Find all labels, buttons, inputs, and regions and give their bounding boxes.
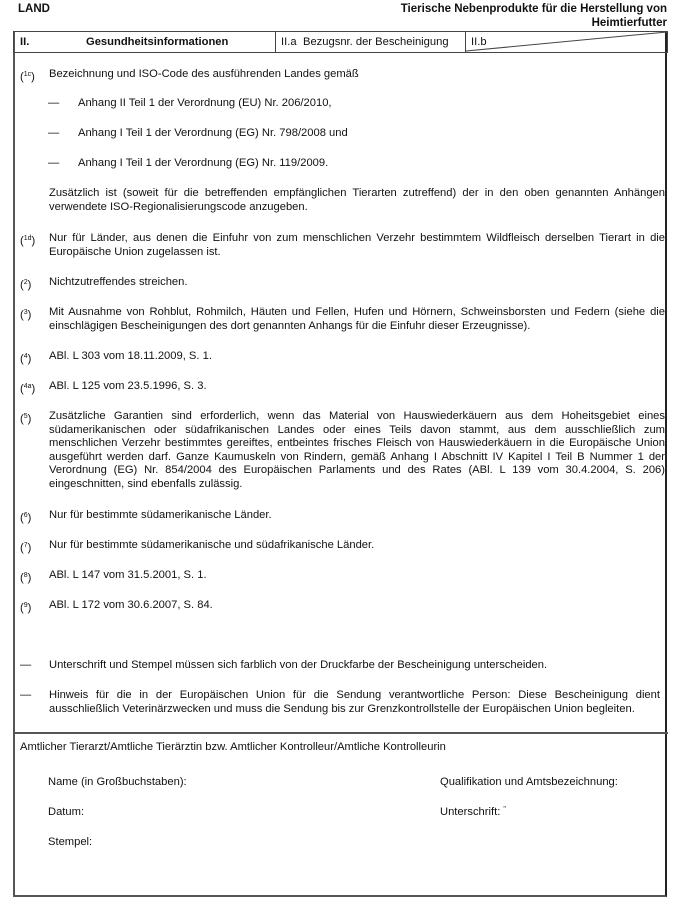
section-title-cell: II. Gesundheitsinformationen [14, 32, 276, 52]
footnote-6: (6) Nur für bestimmte südamerikanische L… [20, 509, 665, 523]
footnote-mark: 8 [24, 572, 28, 579]
section-header: II. Gesundheitsinformationen II.a Bezugs… [13, 31, 668, 53]
footnote-2: (2) Nichtzutreffendes streichen. [20, 276, 665, 290]
reference-number-label: Bezugsnr. der Bescheinigung [303, 36, 449, 48]
reference-number-code: II.a [276, 36, 303, 48]
footnote-mark: 1d [24, 235, 32, 242]
document-title-line1: Tierische Nebenprodukte für die Herstell… [337, 3, 667, 17]
footnote-mark: 1c [24, 71, 31, 78]
footnote-4: (4) ABl. L 303 vom 18.11.2009, S. 1. [20, 350, 665, 364]
signature-block-title: Amtlicher Tierarzt/Amtliche Tierärztin b… [20, 741, 446, 753]
footnote-text: Mit Ausnahme von Rohblut, Rohmilch, Häut… [49, 306, 665, 333]
footnote-1d: (1d) Nur für Länder, aus denen die Einfu… [20, 232, 665, 259]
date-field-label[interactable]: Datum: [48, 806, 84, 818]
sub-number-cell: II.b [466, 32, 667, 52]
country-label: LAND [18, 3, 50, 15]
footnote-mark: 5 [24, 413, 28, 420]
dash-bullet: — [20, 689, 31, 703]
reference-number-cell[interactable]: II.a Bezugsnr. der Bescheinigung [276, 32, 466, 52]
dash-bullet: — [48, 157, 59, 169]
section-title: Gesundheitsinformationen [86, 36, 228, 48]
footnote-9: (9) ABl. L 172 vom 30.6.2007, S. 84. [20, 599, 665, 613]
signature-field-label[interactable]: Unterschrift: " [440, 806, 506, 818]
footnote-mark: 9 [24, 602, 28, 609]
section-number: II. [14, 36, 86, 48]
footnote-text: Zusätzliche Garantien sind erforderlich,… [49, 410, 665, 492]
dash-bullet: — [48, 127, 59, 139]
footnote-mark: 4a [24, 383, 32, 390]
footnote-mark: 4 [24, 353, 28, 360]
footnote-text: Nichtzutreffendes streichen. [49, 276, 665, 290]
footnote-text: Nur für Länder, aus denen die Einfuhr vo… [49, 232, 665, 259]
note-responsible-person: — Hinweis für die in der Europäischen Un… [20, 689, 660, 716]
footnote-text: ABl. L 303 vom 18.11.2009, S. 1. [49, 350, 665, 364]
footnote-mark: 2 [24, 279, 28, 286]
footnote-1c: (1c) Bezeichnung und ISO-Code des ausfüh… [20, 68, 665, 82]
footnote-4a: (4a) ABl. L 125 vom 23.5.1996, S. 3. [20, 380, 665, 394]
footnote-7: (7) Nur für bestimmte südamerikanische u… [20, 539, 665, 553]
footnote-mark: 3 [24, 309, 28, 316]
footnote-text: Bezeichnung und ISO-Code des ausführende… [49, 68, 665, 82]
footnote-text: Nur für bestimmte südamerikanische und s… [49, 539, 665, 553]
signature-divider [13, 732, 668, 734]
dash-bullet: — [48, 97, 59, 109]
footnote-text: ABl. L 147 vom 31.5.2001, S. 1. [49, 569, 665, 583]
dash-bullet: — [20, 659, 31, 673]
footnote-text: ABl. L 125 vom 23.5.1996, S. 3. [49, 380, 665, 394]
footnote-mark: 7 [24, 542, 28, 549]
signature-mark: " [503, 806, 506, 813]
footnote-8: (8) ABl. L 147 vom 31.5.2001, S. 1. [20, 569, 665, 583]
diagonal-strike-line [466, 32, 667, 52]
qualification-field-label[interactable]: Qualifikation und Amtsbezeichnung: [440, 776, 618, 788]
document-title: Tierische Nebenprodukte für die Herstell… [337, 3, 667, 30]
footnote-mark: 6 [24, 512, 28, 519]
note-signature-colour: — Unterschrift und Stempel müssen sich f… [20, 659, 660, 673]
footnote-5: (5) Zusätzliche Garantien sind erforderl… [20, 410, 665, 492]
name-field-label[interactable]: Name (in Großbuchstaben): [48, 776, 187, 788]
footnote-1c-extra: Zusätzlich ist (soweit für die betreffen… [20, 187, 665, 214]
footnote-text: ABl. L 172 vom 30.6.2007, S. 84. [49, 599, 665, 613]
stamp-field-label[interactable]: Stempel: [48, 836, 92, 848]
footnote-text: Nur für bestimmte südamerikanische Lände… [49, 509, 665, 523]
footnote-3: (3) Mit Ausnahme von Rohblut, Rohmilch, … [20, 306, 665, 333]
document-title-line2: Heimtierfutter [337, 17, 667, 31]
